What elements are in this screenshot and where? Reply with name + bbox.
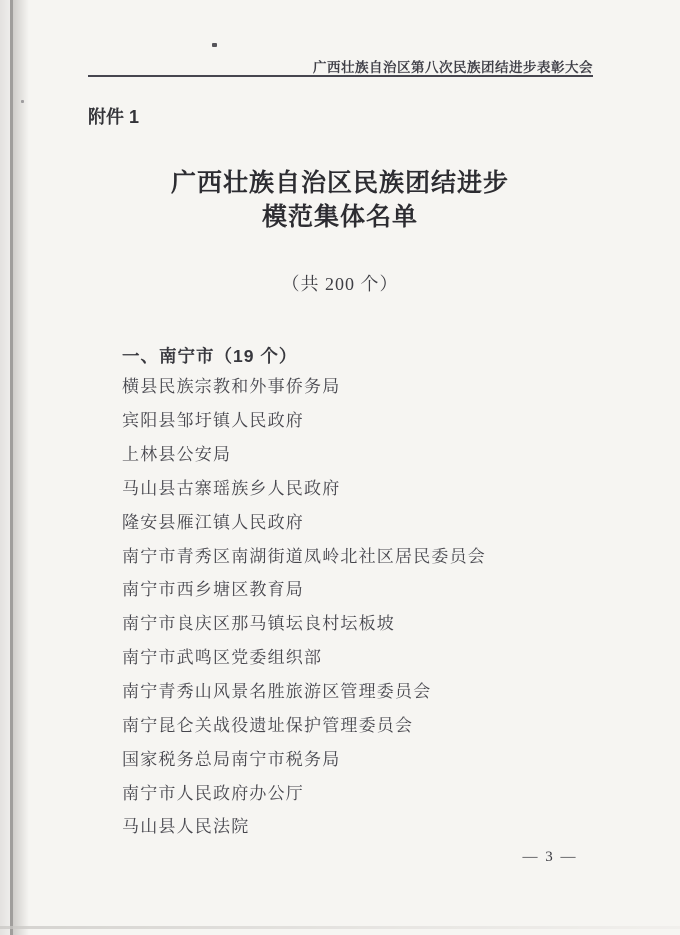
scan-left-edge-pale — [0, 0, 10, 935]
list-item: 宾阳县邹圩镇人民政府 — [122, 402, 620, 436]
list-item: 马山县古寨瑶族乡人民政府 — [122, 470, 620, 504]
list-item: 南宁市青秀区南湖街道凤岭北社区居民委员会 — [122, 537, 620, 571]
page-number: — 3 — — [500, 849, 600, 866]
list-item: 马山县人民法院 — [122, 808, 620, 842]
scanned-document-page: 广西壮族自治区第八次民族团结进步表彰大会 附件 1 广西壮族自治区民族团结进步 … — [0, 0, 680, 935]
list-item: 南宁青秀山风景名胜旅游区管理委员会 — [122, 673, 620, 707]
scan-bottom-edge — [0, 926, 680, 929]
attachment-label: 附件 1 — [88, 103, 139, 129]
list-item: 南宁市武鸣区党委组织部 — [122, 639, 620, 673]
header-rule — [88, 75, 593, 77]
scan-left-edge-fade — [13, 0, 29, 935]
list-item: 南宁昆仑关战役遗址保护管理委员会 — [122, 706, 620, 740]
document-title-line-2: 模范集体名单 — [60, 201, 620, 235]
document-title-line-1: 广西壮族自治区民族团结进步 — [60, 167, 620, 201]
list-item: 南宁市西乡塘区教育局 — [122, 571, 620, 605]
document-header-title: 广西壮族自治区第八次民族团结进步表彰大会 — [88, 56, 593, 76]
list-item: 南宁市良庆区那马镇坛良村坛板坡 — [122, 605, 620, 639]
scan-artifact-speck — [21, 100, 24, 103]
list-item: 南宁市人民政府办公厅 — [122, 774, 620, 808]
count-note: （共 200 个） — [60, 270, 620, 296]
list-item: 国家税务总局南宁市税务局 — [122, 740, 620, 774]
list-item: 上林县公安局 — [122, 436, 620, 470]
list-item: 横县民族宗教和外事侨务局 — [122, 368, 620, 402]
document-title: 广西壮族自治区民族团结进步 模范集体名单 — [60, 167, 620, 235]
scan-artifact-speck — [212, 43, 217, 47]
section-heading-nanning: 一、南宁市（19 个） — [122, 343, 297, 368]
list-item: 隆安县雁江镇人民政府 — [122, 503, 620, 537]
model-collective-list: 横县民族宗教和外事侨务局宾阳县邹圩镇人民政府上林县公安局马山县古寨瑶族乡人民政府… — [122, 368, 620, 842]
